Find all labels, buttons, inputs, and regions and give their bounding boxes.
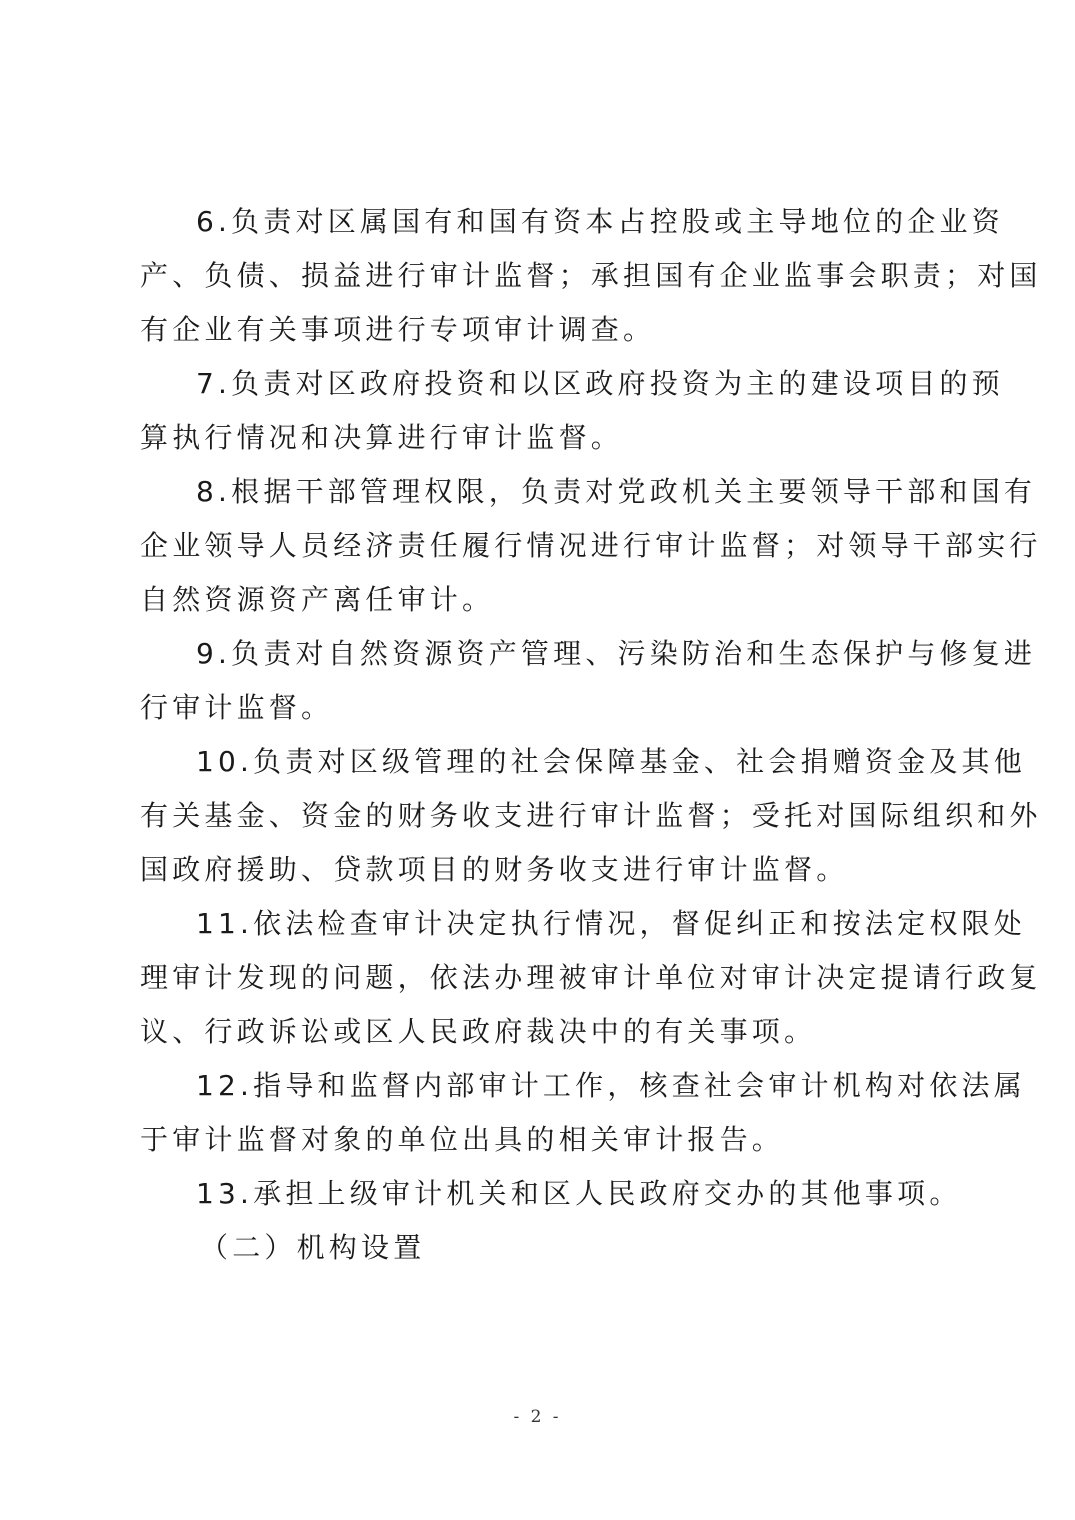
item-9-line-1: 9.负责对自然资源资产管理、污染防治和生态保护与修复进 [196,640,1036,668]
item-8-line-3: 自然资源资产离任审计。 [140,586,494,614]
item-8-line-1: 8.根据干部管理权限，负责对党政机关主要领导干部和国有 [196,478,1036,506]
item-6-line-1: 6.负责对区属国有和国有资本占控股或主导地位的企业资 [196,208,1004,236]
item-11-line-2: 理审计发现的问题，依法办理被审计单位对审计决定提请行政复 [140,964,1042,992]
item-8-line-2: 企业领导人员经济责任履行情况进行审计监督；对领导干部实行 [140,532,1042,560]
item-7-line-2: 算执行情况和决算进行审计监督。 [140,424,623,452]
section-heading: （二）机构设置 [200,1234,425,1262]
item-9-line-2: 行审计监督。 [140,694,333,722]
document-page: 6.负责对区属国有和国有资本占控股或主导地位的企业资 产、负债、损益进行审计监督… [0,0,1075,1520]
item-6-line-3: 有企业有关事项进行专项审计调查。 [140,316,655,344]
item-12-line-1: 12.指导和监督内部审计工作，核查社会审计机构对依法属 [196,1072,1026,1100]
item-12-line-2: 于审计监督对象的单位出具的相关审计报告。 [140,1126,784,1154]
item-13-line-1: 13.承担上级审计机关和区人民政府交办的其他事项。 [196,1180,962,1208]
item-6-line-2: 产、负债、损益进行审计监督；承担国有企业监事会职责；对国 [140,262,1042,290]
item-10-line-1: 10.负责对区级管理的社会保障基金、社会捐赠资金及其他 [196,748,1026,776]
item-11-line-1: 11.依法检查审计决定执行情况，督促纠正和按法定权限处 [196,910,1026,938]
item-10-line-2: 有关基金、资金的财务收支进行审计监督；受托对国际组织和外 [140,802,1042,830]
page-number: - 2 - [0,1407,1075,1427]
item-11-line-3: 议、行政诉讼或区人民政府裁决中的有关事项。 [140,1018,816,1046]
item-7-line-1: 7.负责对区政府投资和以区政府投资为主的建设项目的预 [196,370,1004,398]
item-10-line-3: 国政府援助、贷款项目的财务收支进行审计监督。 [140,856,848,884]
